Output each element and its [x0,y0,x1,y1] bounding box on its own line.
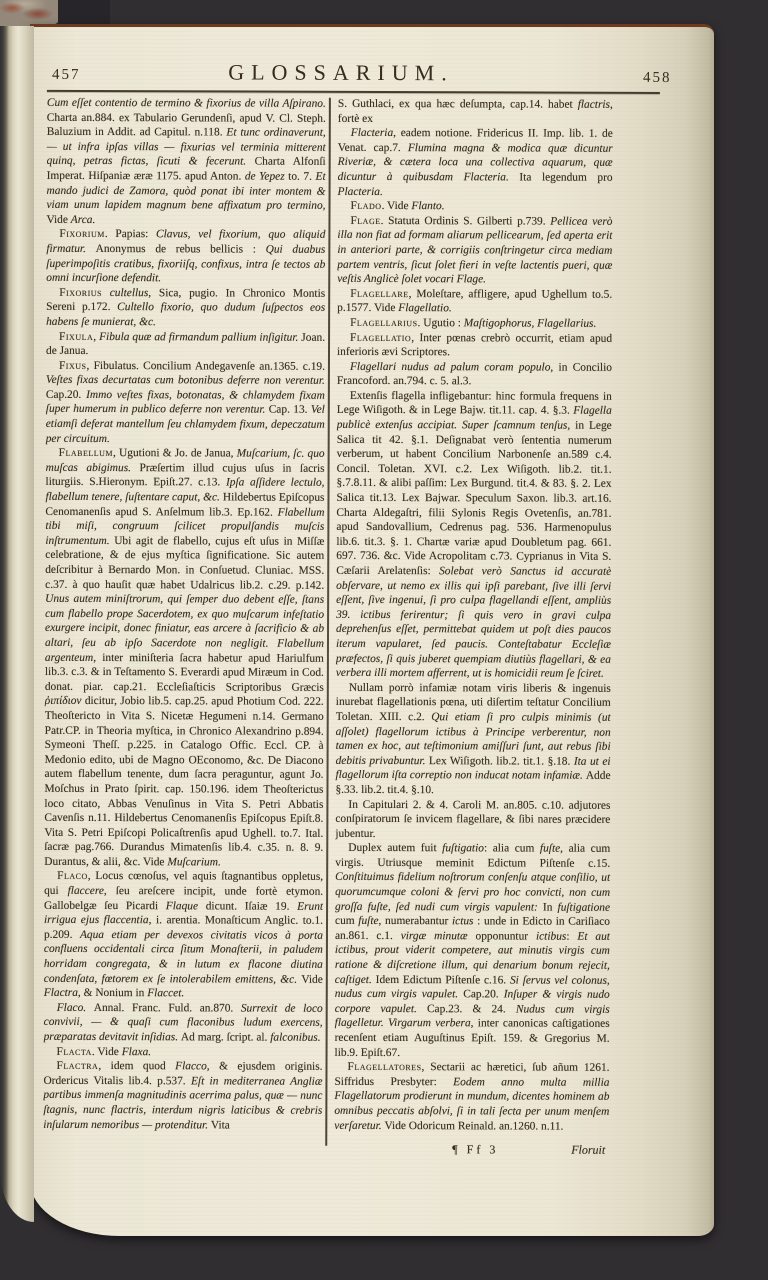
paragraph: Extenſis flagella infligebantur: hinc fo… [336,389,612,682]
page-number-left: 457 [52,67,81,84]
page-title: GLOSSARIUM. [176,59,506,86]
paragraph: Flacta. Vide Flaxa. [44,1044,323,1060]
column-right: S. Guthlaci, ex qua hæc deſumpta, cap.14… [334,97,613,1144]
footer-row: ¶ Ff 3 Floruit [334,1142,609,1158]
paragraph: Fixorium. Papias: Clavus, vel fixorium, … [46,227,325,286]
paragraph: In Capitulari 2. & 4. Caroli M. an.805. … [335,797,610,842]
paragraph: Flabellum, Ugutioni & Jo. de Janua, Muſc… [44,446,324,870]
paragraph: Fixorius cultellus, Sica, pugio. In Chro… [46,286,325,331]
paragraph: Flagellari nudus ad palum coram populo, … [337,360,612,390]
paragraph: Flado. Vide Flanto. [337,199,612,215]
column-left: Cum eſſet contentio de termino & fixoriu… [43,96,326,1141]
paragraph: Flactra, idem quod Flacco, & ejusdem ori… [43,1059,322,1133]
paragraph: S. Guthlaci, ex qua hæc deſumpta, cap.14… [338,97,613,127]
paragraph: Duplex autem fuit fuſtigatio: alia cum f… [335,841,611,1061]
paragraph: Flagellarius. Ugutio : Maſtigophorus, Fl… [337,316,612,332]
paragraph: Fixula, Fibula quæ ad firmandum pallium … [46,329,325,359]
column-divider-rule [325,98,331,1146]
header-rule [47,90,660,94]
signature-mark: ¶ Ff 3 [452,1142,498,1157]
paragraph: Flacteria, eadem notione. Fridericus II.… [338,126,613,200]
paragraph: Flaco. Annal. Franc. Fuld. an.870. Surre… [44,1001,323,1046]
paragraph: Cum eſſet contentio de termino & fixoriu… [46,96,325,228]
page-content: 457 GLOSSARIUM. 458 Cum eſſet contentio … [0,0,768,1280]
paragraph: Fixus, Fibulatus. Concilium Andegavenſe … [46,359,325,448]
paragraph: Flagellatio, Inter pœnas crebrò occurrit… [337,330,612,360]
paragraph: Flagellatores, Sectarii ac hæretici, ſub… [334,1060,609,1134]
paragraph: Flaco, Locus cœnoſus, vel aquis ſtagnant… [44,869,323,1001]
catchword: Floruit [571,1143,605,1158]
paragraph: Flage. Statuta Ordinis S. Gilberti p.739… [337,214,612,288]
paragraph: Nullam porrò infamiæ notam viris liberis… [335,681,610,799]
page-number-right: 458 [643,70,672,87]
paragraph: Flagellare, Moleſtare, affligere, apud U… [337,287,612,317]
